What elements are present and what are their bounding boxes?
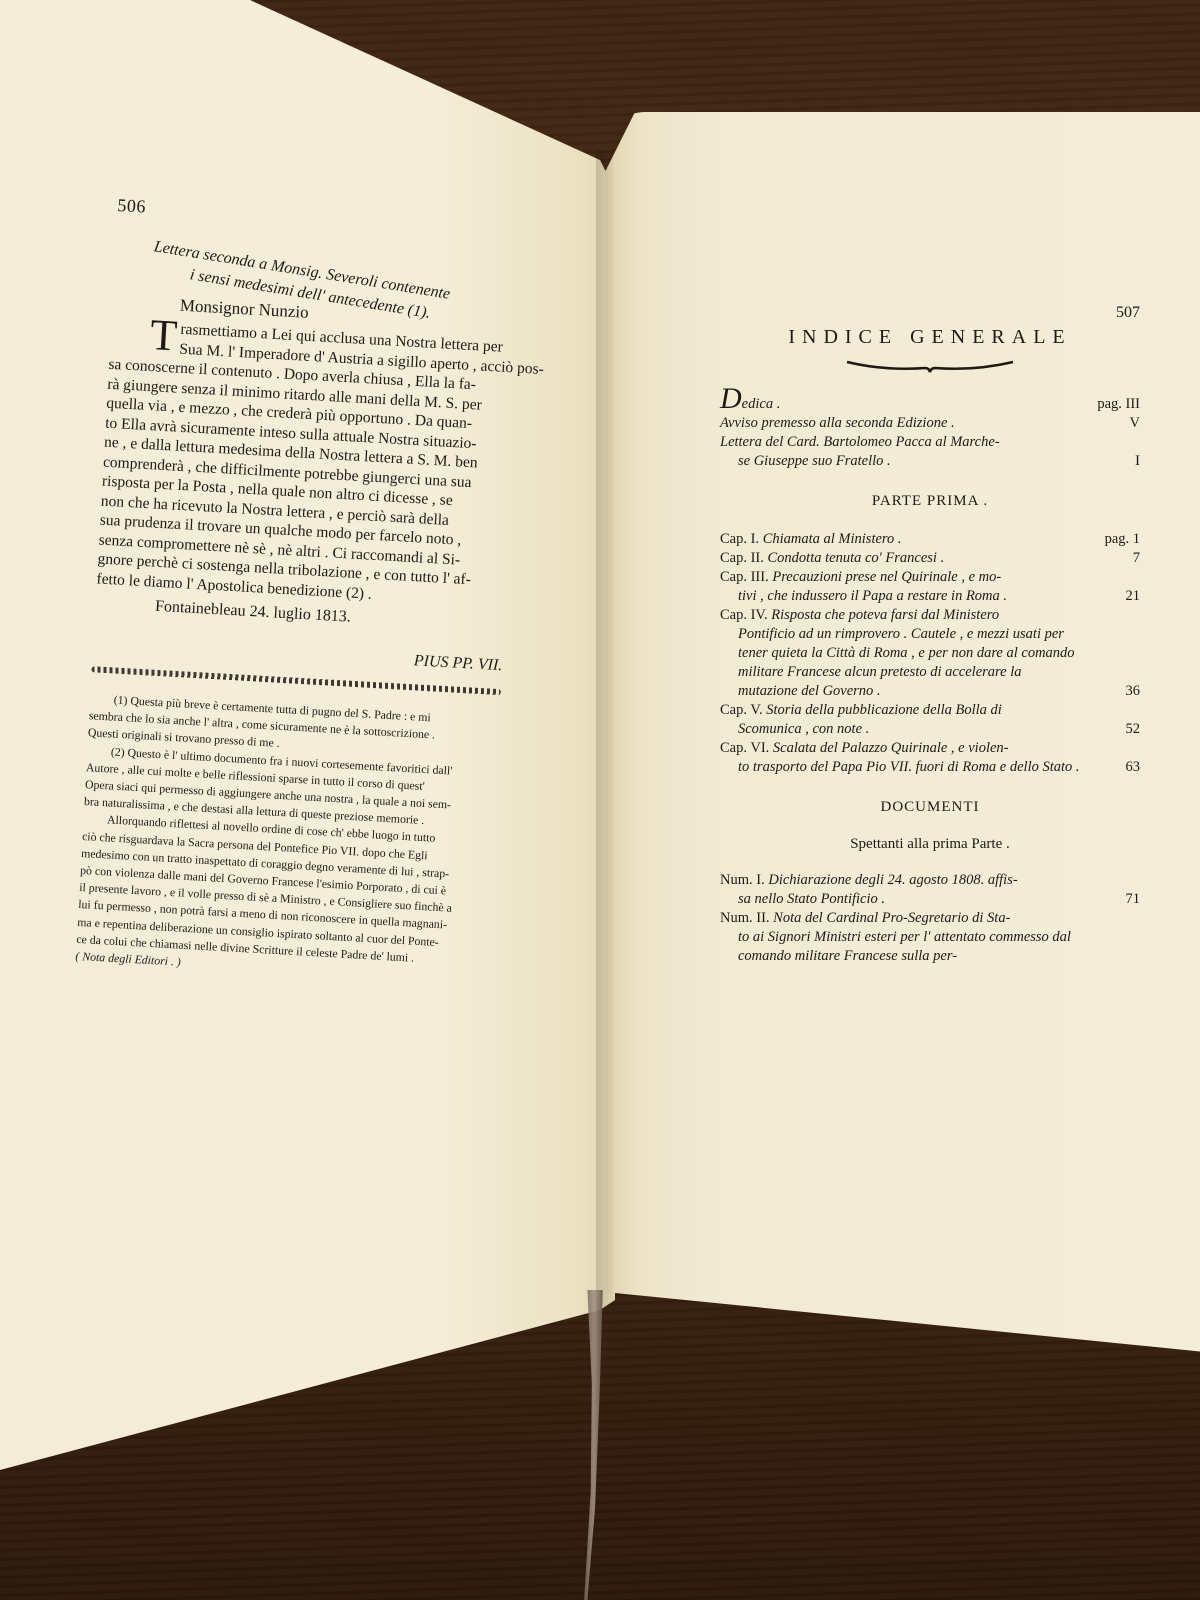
text: 7 bbox=[1084, 549, 1140, 568]
text: 71 bbox=[1084, 890, 1140, 909]
text: Cap. II. bbox=[720, 550, 764, 566]
toc-chapter: Cap. I. Chiamata al Ministero . pag. 1 bbox=[720, 530, 1140, 549]
toc-chapter: Cap. V. Storia della pubblicazione della… bbox=[720, 701, 1140, 739]
page-number-right: 507 bbox=[1116, 304, 1140, 322]
toc-chapter: Cap. VI. Scalata del Palazzo Quirinale ,… bbox=[720, 739, 1140, 777]
right-page-content: 507 INDICE GENERALE Dedica . pag. III Av… bbox=[720, 300, 1140, 966]
text: tivi , che indussero il Papa a restare i… bbox=[720, 587, 1084, 606]
documents-subheading: Spettanti alla prima Parte . bbox=[720, 836, 1140, 853]
text: 52 bbox=[1084, 720, 1140, 739]
text: Storia della pubblicazione della Bolla d… bbox=[766, 702, 1002, 718]
text: Num. II. bbox=[720, 910, 770, 926]
toc-chapter: Cap. IV. Risposta che poteva farsi dal M… bbox=[720, 606, 1140, 701]
toc-chapter: Cap. III. Precauzioni prese nel Quirinal… bbox=[720, 568, 1140, 606]
text: Lettera del Card. Bartolomeo Pacca al Ma… bbox=[720, 433, 1084, 452]
text: 36 bbox=[1084, 682, 1140, 701]
text: Cap. VI. bbox=[720, 740, 769, 756]
text: Nota del Cardinal Pro-Segretario di Sta- bbox=[773, 910, 1010, 926]
text: Scalata del Palazzo Quirinale , e violen… bbox=[773, 740, 1009, 756]
text: edica . bbox=[742, 396, 781, 412]
text: Num. I. bbox=[720, 872, 765, 888]
toc-entry-lettera: Lettera del Card. Bartolomeo Pacca al Ma… bbox=[720, 433, 1140, 471]
toc-document: Num. I. Dichiarazione degli 24. agosto 1… bbox=[720, 871, 1140, 909]
text: Cap. V. bbox=[720, 702, 763, 718]
footnotes: (1) Questa più breve è certamente tutta … bbox=[75, 690, 500, 988]
documents-heading: DOCUMENTI bbox=[720, 799, 1140, 816]
text: Risposta che poteva farsi dal Ministero bbox=[771, 607, 999, 623]
letter-body: T rasmettiamo a Lei qui acclusa una Nost… bbox=[96, 316, 521, 611]
toc-entry-dedica: Dedica . pag. III bbox=[720, 389, 1140, 414]
text: to trasporto del Papa Pio VII. fuori di … bbox=[720, 758, 1084, 777]
toc-chapter: Cap. II. Condotta tenuta co' Francesi . … bbox=[720, 549, 1140, 568]
part-heading: PARTE PRIMA . bbox=[720, 493, 1140, 510]
text: se Giuseppe suo Fratello . bbox=[720, 452, 1084, 471]
text: Precauzioni prese nel Quirinale , e mo- bbox=[772, 569, 1001, 585]
ornamental-brace-icon bbox=[845, 359, 1015, 373]
text: Cap. III. bbox=[720, 569, 769, 585]
text: Condotta tenuta co' Francesi . bbox=[768, 550, 945, 566]
text: Cap. I. bbox=[720, 531, 759, 547]
index-title: INDICE GENERALE bbox=[720, 326, 1140, 349]
text: 21 bbox=[1084, 587, 1140, 606]
text: 63 bbox=[1084, 758, 1140, 777]
text: sa nello Stato Pontificio . bbox=[720, 890, 1084, 909]
drop-cap-d: D bbox=[720, 382, 742, 415]
toc-entry-avviso: Avviso premesso alla seconda Edizione . … bbox=[720, 414, 1140, 433]
toc-page: I bbox=[1084, 452, 1140, 471]
left-page-content: 506 Lettera seconda a Monsig. Severoli c… bbox=[75, 195, 527, 988]
text: Chiamata al Ministero . bbox=[763, 531, 902, 547]
text: to ai Signori Ministri esteri per l' att… bbox=[720, 928, 1084, 966]
toc-document: Num. II. Nota del Cardinal Pro-Segretari… bbox=[720, 909, 1140, 966]
toc-page: V bbox=[1084, 414, 1140, 433]
text: pag. 1 bbox=[1084, 530, 1140, 549]
book-spine-gutter bbox=[596, 150, 614, 1310]
text: Scomunica , con note . bbox=[720, 720, 1084, 739]
text: Cap. IV. bbox=[720, 607, 768, 623]
text: Dichiarazione degli 24. agosto 1808. aff… bbox=[768, 872, 1017, 888]
drop-cap: T bbox=[149, 318, 178, 353]
toc-page: pag. III bbox=[1084, 395, 1140, 414]
text: Pontificio ad un rimprovero . Cautele , … bbox=[720, 625, 1084, 701]
text: Avviso premesso alla seconda Edizione . bbox=[720, 414, 1084, 433]
